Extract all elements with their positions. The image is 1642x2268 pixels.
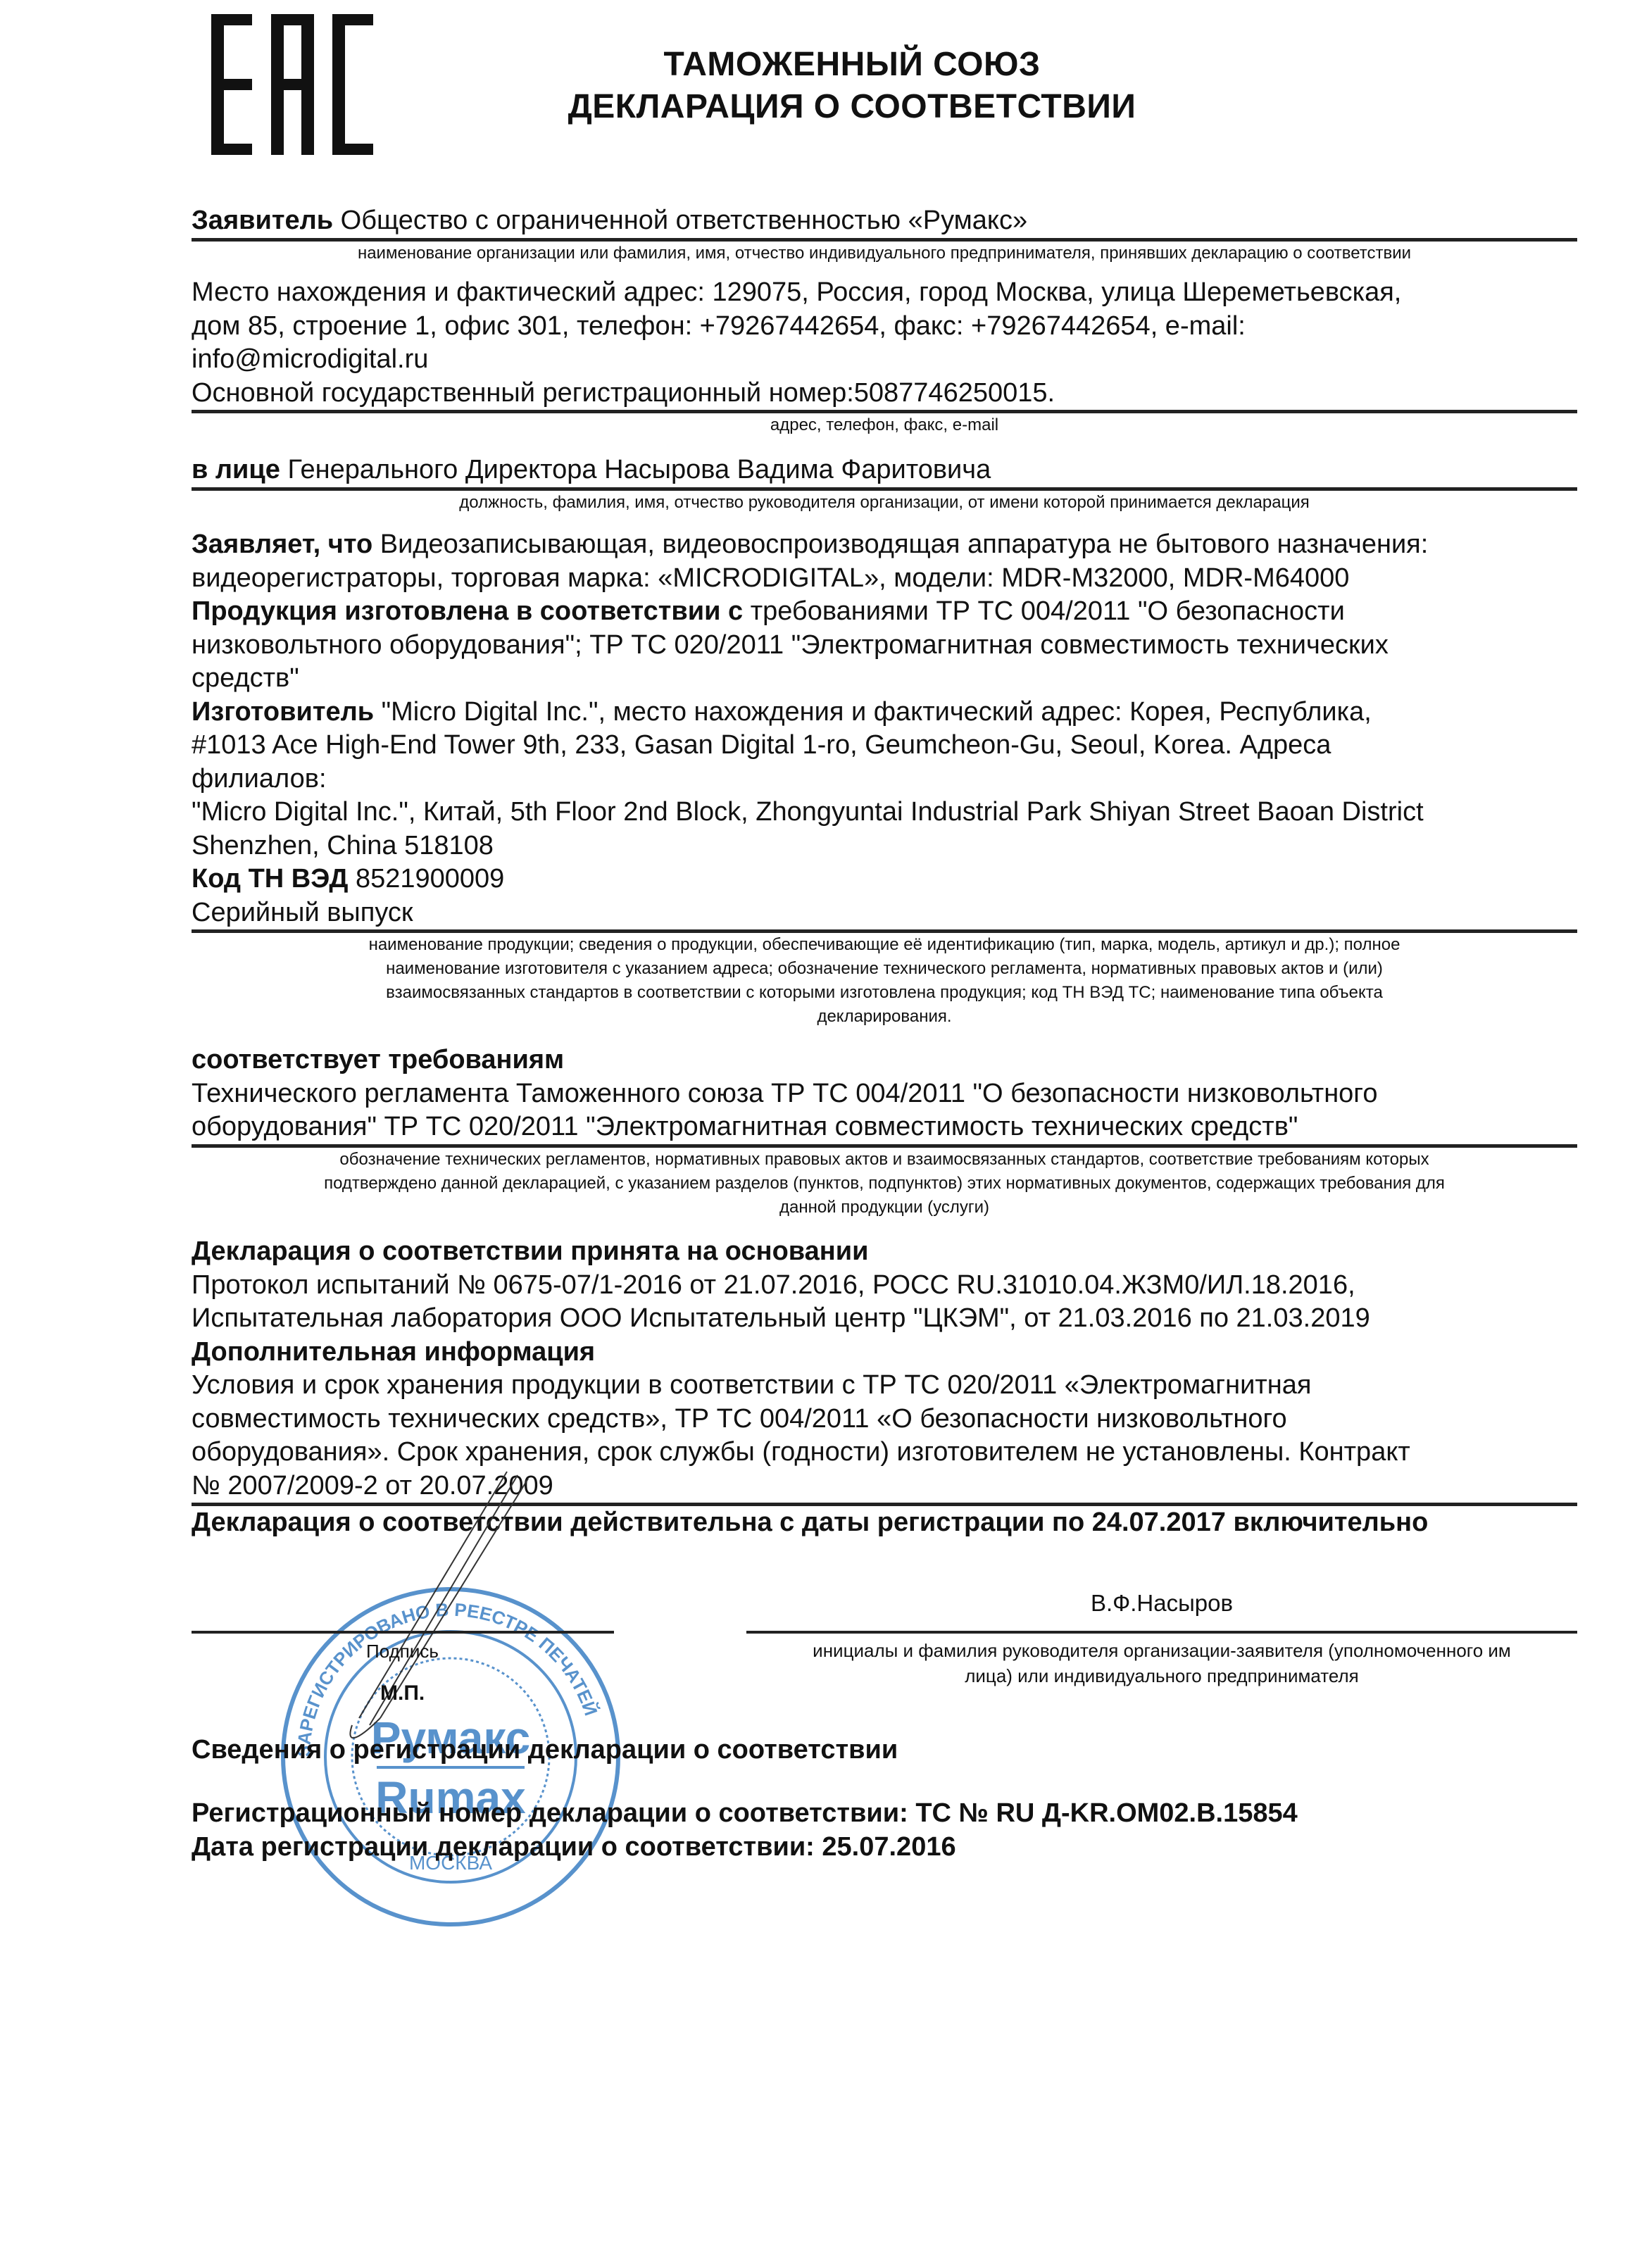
- address-line: дом 85, строение 1, офис 301, телефон: +…: [192, 310, 1577, 344]
- applicant-section: Заявитель Общество с ограниченной ответс…: [192, 204, 1577, 265]
- conforms-label: соответствует требованиям: [192, 1044, 1577, 1077]
- signer-caption-line: инициалы и фамилия руководителя организа…: [746, 1638, 1577, 1663]
- conforms-line: Технического регламента Таможенного союз…: [192, 1077, 1577, 1111]
- representative-value: Генерального Директора Насырова Вадима Ф…: [287, 455, 991, 484]
- release-type: Серийный выпуск: [192, 896, 1577, 930]
- representative-caption: должность, фамилия, имя, отчество руково…: [192, 491, 1577, 515]
- registration-details: Регистрационный номер декларации о соотв…: [192, 1797, 1577, 1864]
- applicant-value: Общество с ограниченной ответственностью…: [341, 206, 1027, 235]
- hs-code-value: 8521900009: [356, 864, 504, 894]
- basis-label: Декларация о соответствии принята на осн…: [192, 1235, 1577, 1269]
- ogrn-line: Основной государственный регистрационный…: [192, 377, 1577, 411]
- additional-line: совместимость технических средств», ТР Т…: [192, 1403, 1577, 1436]
- address-line: Место нахождения и фактический адрес: 12…: [192, 276, 1577, 310]
- applicant-label: Заявитель: [192, 206, 333, 235]
- produced-line: требованиями ТР ТС 004/2011 "О безопасно…: [751, 596, 1345, 626]
- manufacturer-line: #1013 Ace High-End Tower 9th, 233, Gasan…: [192, 729, 1577, 763]
- product-caption: декларирования.: [192, 1005, 1577, 1029]
- representative-section: в лице Генерального Директора Насырова В…: [192, 453, 1577, 515]
- signature-icon: [303, 1465, 556, 1760]
- title-customs-union: ТАМОЖЕННЫЙ СОЮЗ: [535, 44, 1169, 86]
- applicant-caption: наименование организации или фамилия, им…: [192, 242, 1577, 265]
- manufacturer-label: Изготовитель: [192, 697, 374, 727]
- registration-section: Сведения о регистрации декларации о соот…: [192, 1734, 1577, 1767]
- address-section: Место нахождения и фактический адрес: 12…: [192, 276, 1577, 437]
- declares-line: Видеозаписывающая, видеовоспроизводящая …: [380, 530, 1429, 559]
- conforms-caption: подтверждено данной декларацией, с указа…: [192, 1172, 1577, 1196]
- representative-label: в лице: [192, 455, 280, 484]
- product-caption: наименование изготовителя с указанием ад…: [192, 957, 1577, 981]
- title-declaration: ДЕКЛАРАЦИЯ О СООТВЕТСТВИИ: [535, 86, 1169, 128]
- conforms-caption: обозначение технических регламентов, нор…: [192, 1148, 1577, 1172]
- basis-line: Протокол испытаний № 0675-07/1-2016 от 2…: [192, 1269, 1577, 1303]
- manufacturer-line: "Micro Digital Inc.", место нахождения и…: [382, 697, 1372, 727]
- registration-title: Сведения о регистрации декларации о соот…: [192, 1734, 1577, 1767]
- signature-label: Подпись: [366, 1641, 439, 1662]
- product-caption: наименование продукции; сведения о проду…: [192, 933, 1577, 957]
- registration-date-value: 25.07.2016: [822, 1832, 955, 1862]
- product-caption: взаимосвязанных стандартов в соответстви…: [192, 981, 1577, 1005]
- produced-line: средств": [192, 662, 1577, 696]
- eac-logo-icon: [211, 14, 373, 155]
- product-section: Заявляет, что Видеозаписывающая, видеово…: [192, 528, 1577, 1029]
- registration-number-value: ТС № RU Д-KR.ОМ02.В.15854: [915, 1798, 1297, 1828]
- declares-line: видеорегистраторы, торговая марка: «MICR…: [192, 562, 1577, 596]
- hs-code-label: Код ТН ВЭД: [192, 864, 348, 894]
- additional-line: Условия и срок хранения продукции в соот…: [192, 1369, 1577, 1403]
- signature-line: [192, 1631, 614, 1634]
- signer-caption: инициалы и фамилия руководителя организа…: [746, 1638, 1577, 1689]
- produced-line: низковольтного оборудования"; ТР ТС 020/…: [192, 629, 1577, 663]
- registration-number-label: Регистрационный номер декларации о соотв…: [192, 1798, 908, 1828]
- basis-line: Испытательная лаборатория ООО Испытатель…: [192, 1302, 1577, 1336]
- produced-label: Продукция изготовлена в соответствии с: [192, 596, 743, 626]
- address-email: info@microdigital.ru: [192, 343, 1577, 377]
- conforms-line: оборудования" ТР ТС 020/2011 "Электромаг…: [192, 1110, 1577, 1144]
- signer-name-line: [746, 1631, 1577, 1634]
- signer-caption-line: лица) или индивидуального предпринимател…: [746, 1663, 1577, 1689]
- conforms-caption: данной продукции (услуги): [192, 1196, 1577, 1220]
- registration-date-label: Дата регистрации декларации о соответств…: [192, 1832, 815, 1862]
- document-title: ТАМОЖЕННЫЙ СОЮЗ ДЕКЛАРАЦИЯ О СООТВЕТСТВИ…: [535, 44, 1169, 128]
- signer-name: В.Ф.Насыров: [746, 1590, 1577, 1617]
- address-caption: адрес, телефон, факс, e-mail: [192, 413, 1577, 437]
- conformity-section: соответствует требованиям Технического р…: [192, 1044, 1577, 1220]
- additional-label: Дополнительная информация: [192, 1336, 1577, 1370]
- manufacturer-line: филиалов:: [192, 763, 1577, 796]
- declaration-page: ТАМОЖЕННЫЙ СОЮЗ ДЕКЛАРАЦИЯ О СООТВЕТСТВИ…: [0, 0, 1642, 2268]
- manufacturer-line: "Micro Digital Inc.", Китай, 5th Floor 2…: [192, 796, 1577, 829]
- declares-label: Заявляет, что: [192, 530, 372, 559]
- manufacturer-line: Shenzhen, China 518108: [192, 829, 1577, 863]
- seal-place-label: М.П.: [380, 1681, 425, 1705]
